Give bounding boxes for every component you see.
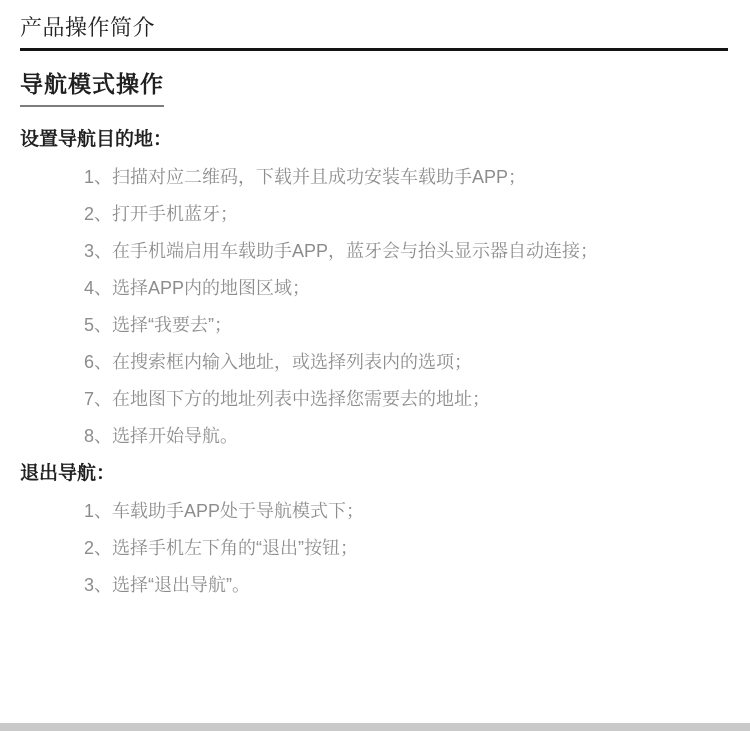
instruction-step: 6、在搜索框内输入地址，或选择列表内的选项； xyxy=(84,352,730,372)
document-page: 产品操作简介 导航模式操作 设置导航目的地： 1、扫描对应二维码，下载并且成功安… xyxy=(0,0,750,595)
bottom-bar xyxy=(0,723,750,731)
instruction-step: 1、扫描对应二维码，下载并且成功安装车载助手APP； xyxy=(84,167,730,187)
instruction-step: 5、选择“我要去”； xyxy=(84,315,730,335)
instruction-step: 2、打开手机蓝牙； xyxy=(84,204,730,224)
section-exit-navigation: 退出导航： 1、车载助手APP处于导航模式下； 2、选择手机左下角的“退出”按钮… xyxy=(20,463,730,595)
instruction-step: 1、车载助手APP处于导航模式下； xyxy=(84,501,730,521)
page-title: 产品操作简介 xyxy=(20,15,730,41)
instruction-step: 7、在地图下方的地址列表中选择您需要去的地址； xyxy=(84,389,730,409)
subtitle-row: 导航模式操作 xyxy=(20,51,730,107)
instruction-step: 3、在手机端启用车载助手APP，蓝牙会与抬头显示器自动连接； xyxy=(84,241,730,261)
exit-navigation-heading: 退出导航： xyxy=(20,463,730,486)
set-destination-steps: 1、扫描对应二维码，下载并且成功安装车载助手APP； 2、打开手机蓝牙； 3、在… xyxy=(20,167,730,446)
set-destination-heading: 设置导航目的地： xyxy=(20,129,730,152)
section-set-destination: 设置导航目的地： 1、扫描对应二维码，下载并且成功安装车载助手APP； 2、打开… xyxy=(20,129,730,446)
instruction-step: 4、选择APP内的地图区域； xyxy=(84,278,730,298)
section-title-navigation-mode: 导航模式操作 xyxy=(20,71,164,107)
exit-navigation-steps: 1、车载助手APP处于导航模式下； 2、选择手机左下角的“退出”按钮； 3、选择… xyxy=(20,501,730,595)
instruction-step: 3、选择“退出导航”。 xyxy=(84,575,730,595)
instruction-step: 8、选择开始导航。 xyxy=(84,426,730,446)
instruction-step: 2、选择手机左下角的“退出”按钮； xyxy=(84,538,730,558)
